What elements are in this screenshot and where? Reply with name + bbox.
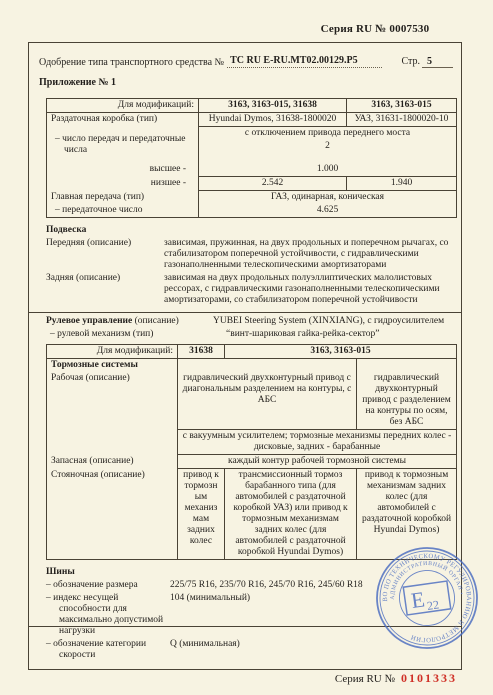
certificate-page: Серия RU № 0007530 Одобрение типа трансп… xyxy=(0,0,493,695)
section-divider xyxy=(29,312,461,313)
transfer-case-col2-cell: УАЗ, 31631-1800020-10 xyxy=(347,113,457,127)
table-row: Главная передача (тип) ГАЗ, одинарная, к… xyxy=(47,191,457,205)
parking-brake-col1-cell: привод к тормозным механизмам задних кол… xyxy=(178,469,225,560)
table-row: – число передач и передаточные числа с о… xyxy=(47,127,457,141)
high-gear-value-cell: 1.000 xyxy=(199,163,457,177)
low-gear-col1-cell: 2.542 xyxy=(199,177,347,191)
low-gear-col2-cell: 1.940 xyxy=(347,177,457,191)
transmission-table: Для модификаций: 3163, 3163-015, 31638 3… xyxy=(46,98,457,218)
table-row: Для модификаций: 31638 3163, 3163-015 xyxy=(47,345,457,359)
steering-section: Рулевое управление (описание) YUBEI Stee… xyxy=(46,316,455,340)
service-brake-label-cell: Рабочая (описание) xyxy=(47,372,178,430)
tire-load-value: 104 (минимальный) xyxy=(170,593,395,637)
transfer-case-note-cell: с отключением привода переднего моста xyxy=(199,127,457,141)
final-drive-value-cell: ГАЗ, одинарная, коническая xyxy=(199,191,457,205)
final-ratio-value-cell: 4.625 xyxy=(199,204,457,218)
series-bottom-number: 0101333 xyxy=(401,671,457,685)
parking-brake-label-cell: Стояночная (описание) xyxy=(47,469,178,560)
steering-value: YUBEI Steering System (XINXIANG), с гидр… xyxy=(213,316,455,327)
approval-label: Одобрение типа транспортного средства № xyxy=(39,57,224,68)
tire-size-value: 225/75 R16, 235/70 R16, 245/70 R16, 245/… xyxy=(170,580,395,591)
table-row: низшее - 2.542 1.940 xyxy=(47,177,457,191)
suspension-rear-value: зависимая на двух продольных полуэллипти… xyxy=(164,273,455,306)
steering-mech-label: – рулевой механизм (тип) xyxy=(46,329,226,340)
service-brake-left-cell: гидравлический двухконтурный привод с ди… xyxy=(178,372,357,430)
high-gear-label-cell: высшее - xyxy=(47,163,199,177)
approval-row: Одобрение типа транспортного средства № … xyxy=(39,55,453,68)
series-bottom-label: Серия RU № xyxy=(335,673,395,685)
e-mark-number: 22 xyxy=(426,597,440,613)
low-gear-label-cell: низшее - xyxy=(47,177,199,191)
steering-title-note: (описание) xyxy=(135,316,179,326)
approval-stamp: ФЕДЕРАЛЬНОЕ АГЕНТСТВО ПО ТЕХНИЧЕСКОМУ РЕ… xyxy=(367,538,487,658)
table-row: с вакуумным усилителем; тормозные механи… xyxy=(47,430,457,455)
suspension-front-row: Передняя (описание) зависимая, пружинная… xyxy=(46,238,455,271)
empty-cell xyxy=(357,359,457,373)
table-row: Стояночная (описание) привод к тормозным… xyxy=(47,469,457,560)
suspension-rear-label: Задняя (описание) xyxy=(46,273,164,306)
tire-size-label: – обозначение размера xyxy=(46,580,170,591)
parking-brake-col2-cell: трансмиссионный тормоз барабанного типа … xyxy=(225,469,357,560)
page-indicator: Стр.5 xyxy=(401,56,453,68)
steering-row: Рулевое управление (описание) YUBEI Stee… xyxy=(46,316,455,327)
spare-brake-label-cell: Запасная (описание) xyxy=(47,455,178,469)
gears-label: – число передач и передаточные числа xyxy=(51,134,194,156)
mods-label-cell: Для модификаций: xyxy=(47,99,199,113)
suspension-title: Подвеска xyxy=(46,225,455,236)
table-row: Тормозные системы xyxy=(47,359,457,373)
spacer-cell xyxy=(199,153,457,163)
table-row: высшее - 1.000 xyxy=(47,163,457,177)
tire-load-label: – индекс несущей способности для максима… xyxy=(46,593,170,637)
transfer-case-label-cell: Раздаточная коробка (тип) xyxy=(47,113,199,127)
final-drive-label-cell: Главная передача (тип) xyxy=(47,191,199,205)
steering-title: Рулевое управление xyxy=(46,316,132,326)
final-ratio-label: – передаточное число xyxy=(51,205,194,216)
table-row: Запасная (описание) каждый контур рабоче… xyxy=(47,455,457,469)
table-row: Рабочая (описание) гидравлический двухко… xyxy=(47,372,457,430)
empty-cell xyxy=(47,430,178,455)
approval-number-field: ТС RU E-RU.MT02.00129.P5 xyxy=(227,55,382,68)
service-brake-common-cell: с вакуумным усилителем; тормозные механи… xyxy=(178,430,457,455)
page-number: 5 xyxy=(422,56,453,68)
steering-mech-value: “винт-шариковая гайка-рейка-сектор” xyxy=(226,329,455,340)
tire-speed-label: – обозначение категории скорости xyxy=(46,639,170,661)
suspension-rear-row: Задняя (описание) зависимая на двух прод… xyxy=(46,273,455,306)
table-row: – передаточное число 4.625 xyxy=(47,204,457,218)
document-frame: Одобрение типа транспортного средства № … xyxy=(28,42,462,670)
brakes-table: Для модификаций: 31638 3163, 3163-015 То… xyxy=(46,344,457,560)
brakes-section-title-cell: Тормозные системы xyxy=(47,359,178,373)
suspension-section: Подвеска Передняя (описание) зависимая, … xyxy=(46,225,455,306)
annex-title: Приложение № 1 xyxy=(39,77,461,88)
tire-speed-value: Q (минимальная) xyxy=(170,639,395,661)
steering-mech-row: – рулевой механизм (тип) “винт-шариковая… xyxy=(46,329,455,340)
suspension-front-label: Передняя (описание) xyxy=(46,238,164,271)
suspension-front-value: зависимая, пружинная, на двух продольных… xyxy=(164,238,455,271)
brakes-mods-label-cell: Для модификаций: xyxy=(47,345,178,359)
series-bottom: Серия RU №0101333 xyxy=(335,671,457,686)
e-mark-letter: E xyxy=(409,586,426,613)
gears-label-cell: – число передач и передаточные числа xyxy=(47,127,199,164)
steering-label: Рулевое управление (описание) xyxy=(46,316,213,327)
service-brake-right-cell: гидравлический двухконтурный привод с ра… xyxy=(357,372,457,430)
table-row: Для модификаций: 3163, 3163-015, 31638 3… xyxy=(47,99,457,113)
gears-count-cell: 2 xyxy=(199,140,457,153)
transfer-case-col1-cell: Hyundai Dymos, 31638-1800020 xyxy=(199,113,347,127)
final-ratio-label-cell: – передаточное число xyxy=(47,204,199,218)
empty-cell xyxy=(178,359,357,373)
table-row: Раздаточная коробка (тип) Hyundai Dymos,… xyxy=(47,113,457,127)
brakes-mods-col1-cell: 31638 xyxy=(178,345,225,359)
mods-col1-cell: 3163, 3163-015, 31638 xyxy=(199,99,347,113)
page-label: Стр. xyxy=(401,56,420,67)
series-top-number: Серия RU № 0007530 xyxy=(295,23,455,35)
mods-col2-cell: 3163, 3163-015 xyxy=(347,99,457,113)
spare-brake-value-cell: каждый контур рабочей тормозной системы xyxy=(178,455,457,469)
brakes-mods-col2-cell: 3163, 3163-015 xyxy=(225,345,457,359)
